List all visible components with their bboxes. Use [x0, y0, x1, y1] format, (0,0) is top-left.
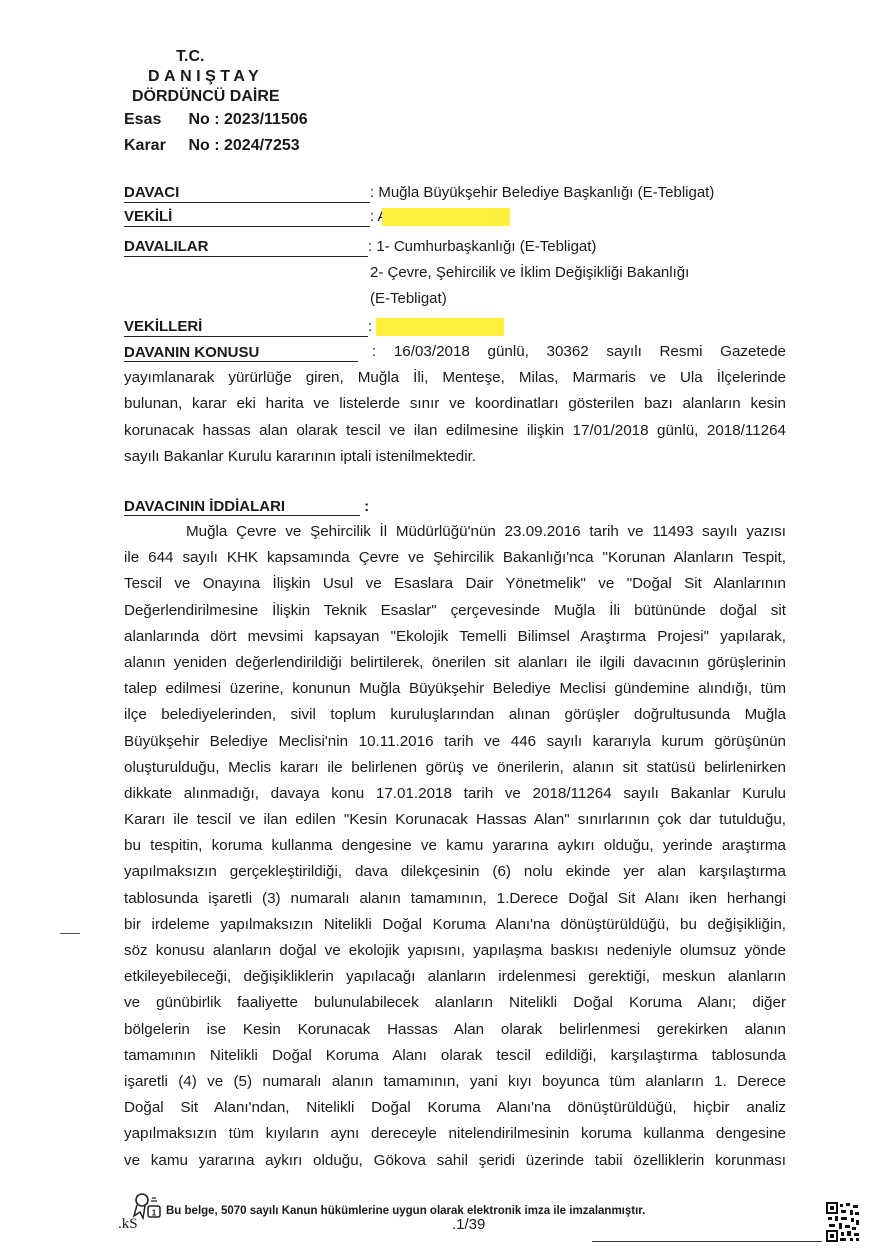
margin-mark [60, 933, 80, 934]
karar-label: Karar [124, 137, 184, 155]
iddialar-colon: : [364, 498, 369, 515]
footer-rule [592, 1241, 822, 1242]
davaci-value: : Muğla Büyükşehir Belediye Başkanlığı (… [370, 184, 714, 201]
esas-number: Esas No : 2023/11506 [124, 111, 308, 129]
vekili-value-row: : A [370, 208, 510, 226]
party-vekilleri: VEKİLLERİ : [124, 318, 368, 337]
vekilleri-label: VEKİLLERİ [124, 318, 368, 337]
iddialar-body: Muğla Çevre ve Şehircilik İl Müdürlüğü'n… [124, 519, 786, 1174]
vekilleri-value-row: : [368, 318, 504, 336]
iddialar-heading: DAVACININ İDDİALARI : [124, 498, 369, 516]
ks-mark: .kS [118, 1216, 138, 1233]
davalilar-2: 2- Çevre, Şehircilik ve İklim Değişikliğ… [370, 264, 689, 281]
konu-body: : 16/03/2018 günlü, 30362 sayılı Resmi G… [124, 339, 786, 470]
esign-notice: 1 Bu belge, 5070 sayılı Kanun hükümlerin… [140, 1192, 645, 1220]
karar-number: Karar No : 2024/7253 [124, 137, 300, 155]
court-name: DANIŞTAY [148, 68, 263, 86]
vekili-label: VEKİLİ [124, 208, 370, 227]
davalilar-label: DAVALILAR [124, 238, 368, 257]
qr-code-icon [826, 1202, 860, 1242]
esign-text: Bu belge, 5070 sayılı Kanun hükümlerine … [166, 1205, 645, 1217]
tc-label: T.C. [176, 48, 204, 66]
page-number: .1/39 [452, 1216, 485, 1233]
redaction-highlight [376, 318, 504, 336]
davalilar-1: : 1- Cumhurbaşkanlığı (E-Tebligat) [368, 238, 596, 255]
karar-value: No : 2024/7253 [188, 137, 299, 154]
davaci-label: DAVACI [124, 184, 370, 203]
party-davaci: DAVACI : Muğla Büyükşehir Belediye Başka… [124, 184, 370, 203]
davalilar-2b: (E-Tebligat) [370, 290, 447, 307]
esas-label: Esas [124, 111, 184, 129]
party-vekili: VEKİLİ : A [124, 208, 370, 227]
chamber-name: DÖRDÜNCÜ DAİRE [132, 88, 280, 106]
party-davalilar: DAVALILAR : 1- Cumhurbaşkanlığı (E-Tebli… [124, 238, 368, 257]
redaction-highlight [382, 208, 510, 226]
esas-value: No : 2023/11506 [188, 111, 307, 128]
vekilleri-value: : [368, 318, 372, 335]
svg-text:1: 1 [152, 1209, 157, 1218]
